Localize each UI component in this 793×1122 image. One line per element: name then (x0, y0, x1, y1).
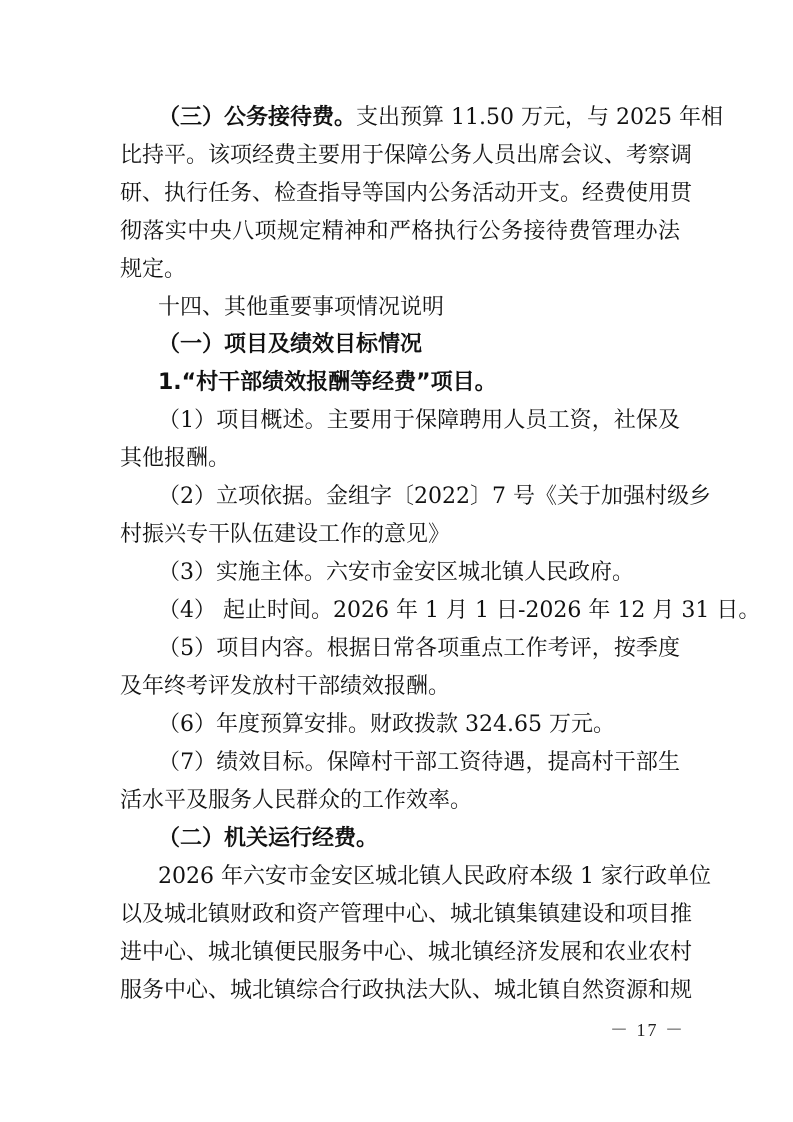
item-3: （3）实施主体。六安市金安区城北镇人民政府。 (158, 554, 718, 592)
operations-line-3: 进中心、城北镇便民服务中心、城北镇经济发展和农业农村 (120, 934, 680, 972)
item-1-line-2: 其他报酬。 (120, 440, 680, 478)
reception-expense-line-5: 规定。 (120, 251, 680, 289)
reception-expense-line-4: 彻落实中央八项规定精神和严格执行公务接待费管理办法 (120, 213, 680, 251)
reception-expense-line-1: （三）公务接待费。支出预算 11.50 万元，与 2025 年相 (158, 99, 680, 137)
reception-expense-text: 支出预算 11.50 万元，与 2025 年相 (356, 105, 723, 130)
item-4: （4） 起止时间。2026 年 1 月 1 日-2026 年 12 月 31 日… (158, 592, 680, 630)
item-5-line-1: （5）项目内容。根据日常各项重点工作考评，按季度 (158, 630, 680, 668)
operations-line-1: 2026 年六安市金安区城北镇人民政府本级 1 家行政单位 (158, 858, 680, 896)
section-heading-14: 十四、其他重要事项情况说明 (158, 289, 718, 327)
item-7-line-2: 活水平及服务人民群众的工作效率。 (120, 782, 680, 820)
subheading-project-goals: （一）项目及绩效目标情况 (158, 326, 718, 364)
item-2-line-1: （2）立项依据。金组字〔2022〕7 号《关于加强村级乡 (158, 478, 680, 516)
item-2-line-2: 村振兴专干队伍建设工作的意见》 (120, 516, 680, 554)
reception-expense-heading: （三）公务接待费。 (158, 105, 356, 130)
reception-expense-line-2: 比持平。该项经费主要用于保障公务人员出席会议、考察调 (120, 137, 680, 175)
item-7-line-1: （7）绩效目标。保障村干部工资待遇，提高村干部生 (158, 744, 680, 782)
item-1-line-1: （1）项目概述。主要用于保障聘用人员工资，社保及 (158, 402, 680, 440)
item-6: （6）年度预算安排。财政拨款 324.65 万元。 (158, 706, 718, 744)
document-page: （三）公务接待费。支出预算 11.50 万元，与 2025 年相 比持平。该项经… (0, 0, 793, 1122)
item-5-line-2: 及年终考评发放村干部绩效报酬。 (120, 668, 680, 706)
operations-line-4: 服务中心、城北镇综合行政执法大队、城北镇自然资源和规 (120, 972, 680, 1010)
reception-expense-line-3: 研、执行任务、检查指导等国内公务活动开支。经费使用贯 (120, 175, 680, 213)
operations-line-2: 以及城北镇财政和资产管理中心、城北镇集镇建设和项目推 (120, 896, 680, 934)
page-number: － 17 － (610, 1018, 685, 1042)
project-title: 1.“村干部绩效报酬等经费”项目。 (158, 364, 718, 402)
subheading-operations: （二）机关运行经费。 (158, 820, 718, 858)
